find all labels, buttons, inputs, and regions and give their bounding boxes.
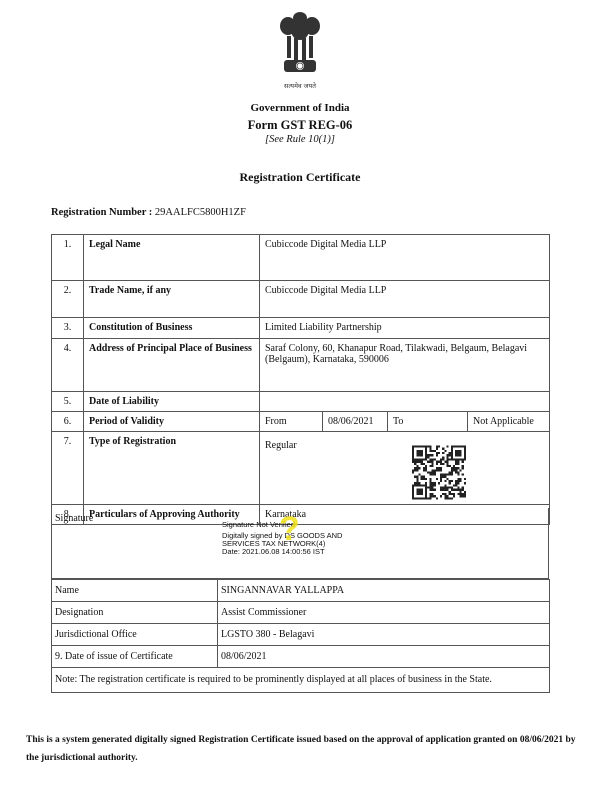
table-row: Note: The registration certificate is re…	[52, 668, 550, 693]
table-row: Designation Assist Commissioner	[52, 602, 550, 624]
officer-label: 9. Date of issue of Certificate	[52, 646, 218, 668]
row-label: Address of Principal Place of Business	[84, 339, 260, 392]
validity-from-label: From	[260, 412, 323, 432]
issue-date-value: 08/06/2021	[218, 646, 550, 668]
row-label: Period of Validity	[84, 412, 260, 432]
table-row: 3. Constitution of Business Limited Liab…	[52, 318, 550, 339]
registration-number: Registration Number : 29AALFC5800H1ZF	[51, 207, 246, 218]
address-value: Saraf Colony, 60, Khanapur Road, Tilakwa…	[260, 339, 550, 392]
row-label: Legal Name	[84, 235, 260, 281]
officer-label: Designation	[52, 602, 218, 624]
registration-type-value: Regular	[265, 440, 544, 451]
details-table: 1. Legal Name Cubiccode Digital Media LL…	[51, 234, 550, 525]
constitution-value: Limited Liability Partnership	[260, 318, 550, 339]
form-title: Form GST REG-06	[0, 118, 600, 133]
registration-number-value: 29AALFC5800H1ZF	[155, 207, 246, 218]
signature-label: Signature	[55, 513, 93, 524]
row-label: Constitution of Business	[84, 318, 260, 339]
rule-reference: [See Rule 10(1)]	[0, 134, 600, 145]
row-number: 3.	[52, 318, 84, 339]
table-row: 5. Date of Liability	[52, 392, 550, 412]
signature-date: Date: 2021.06.08 14:00:56 IST	[222, 548, 342, 556]
svg-text:सत्यमेव जयते: सत्यमेव जयते	[284, 82, 316, 90]
row-number: 2.	[52, 281, 84, 318]
trade-name-value: Cubiccode Digital Media LLP	[260, 281, 550, 318]
national-emblem-icon: सत्यमेव जयते	[274, 8, 326, 94]
certificate-title: Registration Certificate	[0, 170, 600, 185]
signature-section: Signature Signature Not Verified Digital…	[51, 508, 549, 579]
officer-name-value: SINGANNAVAR YALLAPPA	[218, 580, 550, 602]
table-row: Jurisdictional Office LGSTO 380 - Belaga…	[52, 624, 550, 646]
officer-label: Jurisdictional Office	[52, 624, 218, 646]
table-row: 9. Date of issue of Certificate 08/06/20…	[52, 646, 550, 668]
display-note: Note: The registration certificate is re…	[52, 668, 550, 693]
table-row: 6. Period of Validity From 08/06/2021 To…	[52, 412, 550, 432]
designation-value: Assist Commissioner	[218, 602, 550, 624]
row-label: Date of Liability	[84, 392, 260, 412]
row-number: 5.	[52, 392, 84, 412]
row-label: Trade Name, if any	[84, 281, 260, 318]
officer-label: Name	[52, 580, 218, 602]
validity-to-value: Not Applicable	[468, 412, 550, 432]
row-number: 6.	[52, 412, 84, 432]
table-row: 2. Trade Name, if any Cubiccode Digital …	[52, 281, 550, 318]
table-row: 4. Address of Principal Place of Busines…	[52, 339, 550, 392]
row-number: 4.	[52, 339, 84, 392]
table-row: 7. Type of Registration Regular	[52, 432, 550, 505]
registration-type-cell: Regular	[260, 432, 550, 505]
government-heading: Government of India	[0, 102, 600, 114]
registration-number-label: Registration Number :	[51, 207, 152, 218]
liability-date-value	[260, 392, 550, 412]
jurisdictional-office-value: LGSTO 380 - Belagavi	[218, 624, 550, 646]
validity-to-label: To	[388, 412, 468, 432]
question-mark-icon: ?	[279, 512, 300, 546]
officer-table: Name SINGANNAVAR YALLAPPA Designation As…	[51, 579, 550, 693]
footer-statement: This is a system generated digitally sig…	[26, 731, 580, 767]
qr-code-icon	[412, 445, 466, 500]
row-number: 7.	[52, 432, 84, 505]
table-row: Name SINGANNAVAR YALLAPPA	[52, 580, 550, 602]
validity-from-value: 08/06/2021	[323, 412, 388, 432]
row-label: Type of Registration	[84, 432, 260, 505]
legal-name-value: Cubiccode Digital Media LLP	[260, 235, 550, 281]
row-number: 1.	[52, 235, 84, 281]
table-row: 1. Legal Name Cubiccode Digital Media LL…	[52, 235, 550, 281]
